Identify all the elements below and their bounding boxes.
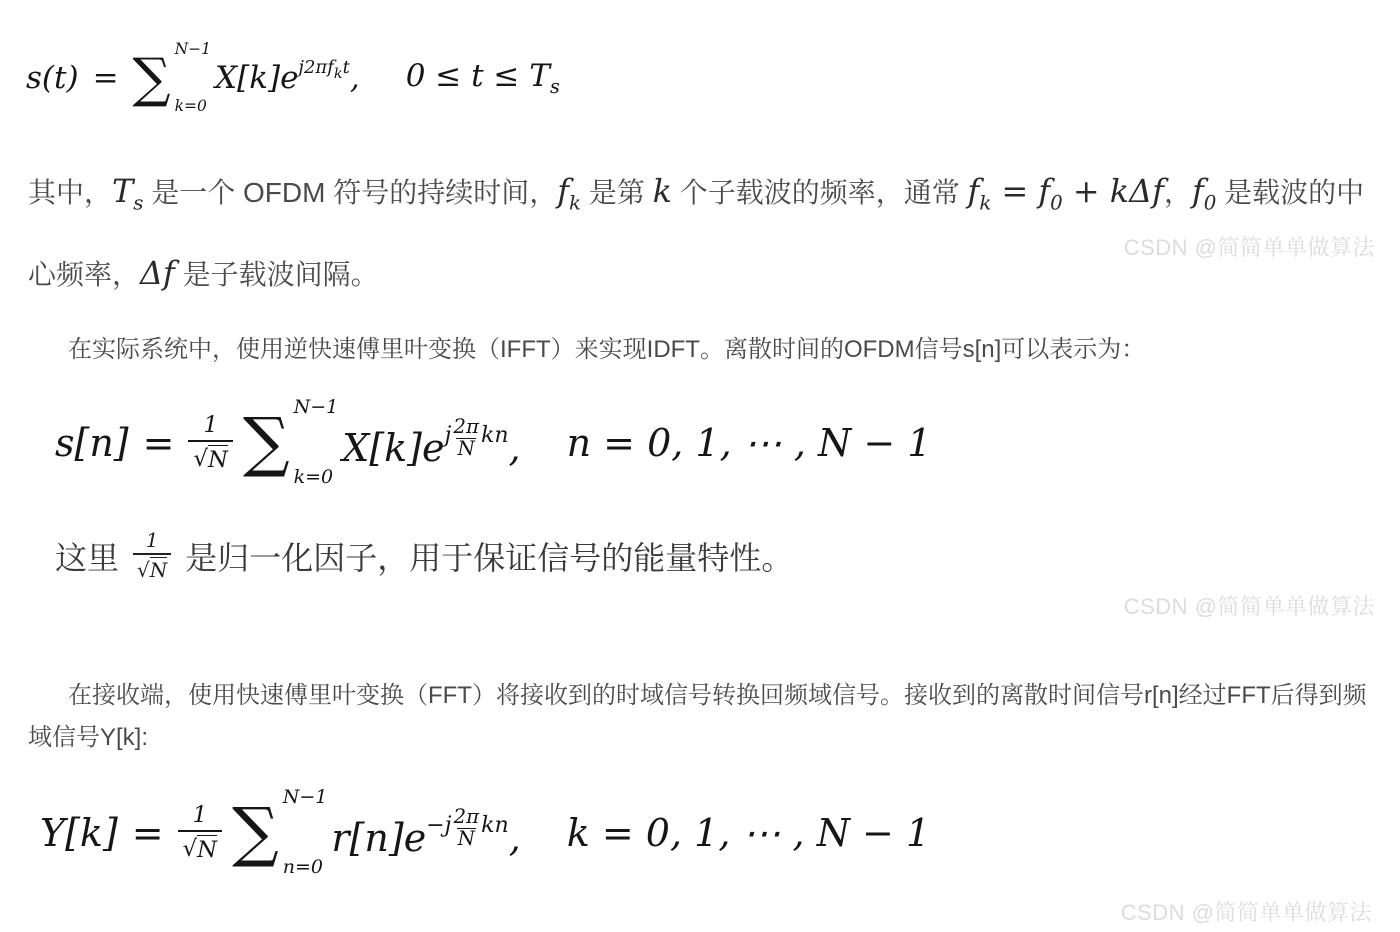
exponent: j2πNkn [444,423,508,448]
exponent: −j2πNkn [426,813,509,838]
math-delta-f: Δf [140,254,175,292]
csdn-watermark: CSDN @简简单单做算法 [1124,590,1375,621]
formula-lhs: s(t) [26,60,79,96]
summation-limits: N−1 k=0 [290,398,339,487]
formula-discrete-ifft: s[n] = 1 √N ∑ N−1 k=0 X[k]ej2πNkn, n = 0… [55,398,931,487]
normalization-fraction: 1 √N [188,411,232,474]
equals-sign: = [93,60,119,96]
sigma-symbol: ∑ [133,52,171,105]
formula-continuous-signal: s(t) = ∑ N−1 k=0 X[k]ej2πfkt, 0 ≤ t ≤ Ts [26,42,560,115]
formula-condition: k = 0, 1, ⋯ , N − 1 [567,811,930,855]
formula-condition: n = 0, 1, ⋯ , N − 1 [567,421,932,465]
csdn-watermark: CSDN @简简单单做算法 [1124,231,1375,262]
equals-sign: = [132,811,164,855]
math-k: k [653,172,672,210]
sigma-symbol: ∑ [232,800,279,865]
lower-limit: k=0 [175,99,211,115]
exponent-fraction: 2πN [453,417,479,460]
csdn-watermark: CSDN @简简单单做算法 [1121,896,1372,927]
radical-sign: √ [137,558,150,582]
radical-sign: √ [193,445,208,473]
formula-condition: 0 ≤ t ≤ Ts [406,58,560,98]
formula-lhs: s[n] [55,421,129,465]
upper-limit: N−1 [175,42,211,58]
summation-limits: N−1 k=0 [171,42,211,115]
normalization-fraction: 1 √N [178,801,222,864]
formula-term: X[k]ej2πNkn, [342,415,520,470]
math-fk: fk [557,172,581,210]
lower-limit: n=0 [283,858,328,877]
summation: ∑ N−1 k=0 [133,42,211,115]
upper-limit: N−1 [294,398,339,417]
upper-limit: N−1 [283,788,328,807]
exponent: j2πfkt [298,57,349,78]
inline-fraction: 1 √N [133,528,171,583]
formula-term: X[k]ej2πfkt, [215,60,360,96]
radical-sign: √ [183,835,198,863]
math-Ts: Ts [112,172,143,210]
formula-lhs: Y[k] [40,811,118,855]
comma: , [509,816,521,860]
exponent-fraction: 2πN [453,807,479,850]
formula-term: r[n]e−j2πNkn, [331,805,520,860]
paragraph-fft-receiver: 在接收端，使用快速傅里叶变换（FFT）将接收到的时域信号转换回频域信号。接收到的… [28,675,1380,759]
equals-sign: = [143,421,175,465]
summation-limits: N−1 n=0 [279,788,328,877]
lower-limit: k=0 [294,468,339,487]
summation: ∑ N−1 n=0 [232,788,327,877]
comma: , [509,426,521,470]
sigma-symbol: ∑ [243,410,290,475]
summation: ∑ N−1 k=0 [243,398,338,487]
paragraph-ifft-intro: 在实际系统中，使用逆快速傅里叶变换（IFFT）来实现IDFT。离散时间的OFDM… [28,329,1378,364]
math-fk-equation: fk = f0 + kΔf [968,172,1164,210]
math-f0: f0 [1192,172,1216,210]
formula-fft-output: Y[k] = 1 √N ∑ N−1 n=0 r[n]e−j2πNkn, k = … [40,788,930,877]
article-content: s(t) = ∑ N−1 k=0 X[k]ej2πfkt, 0 ≤ t ≤ Ts… [0,0,1400,932]
normalization-note: 这里 1 √N 是归一化因子，用于保证信号的能量特性。 [55,528,793,583]
comma: , [350,60,360,96]
